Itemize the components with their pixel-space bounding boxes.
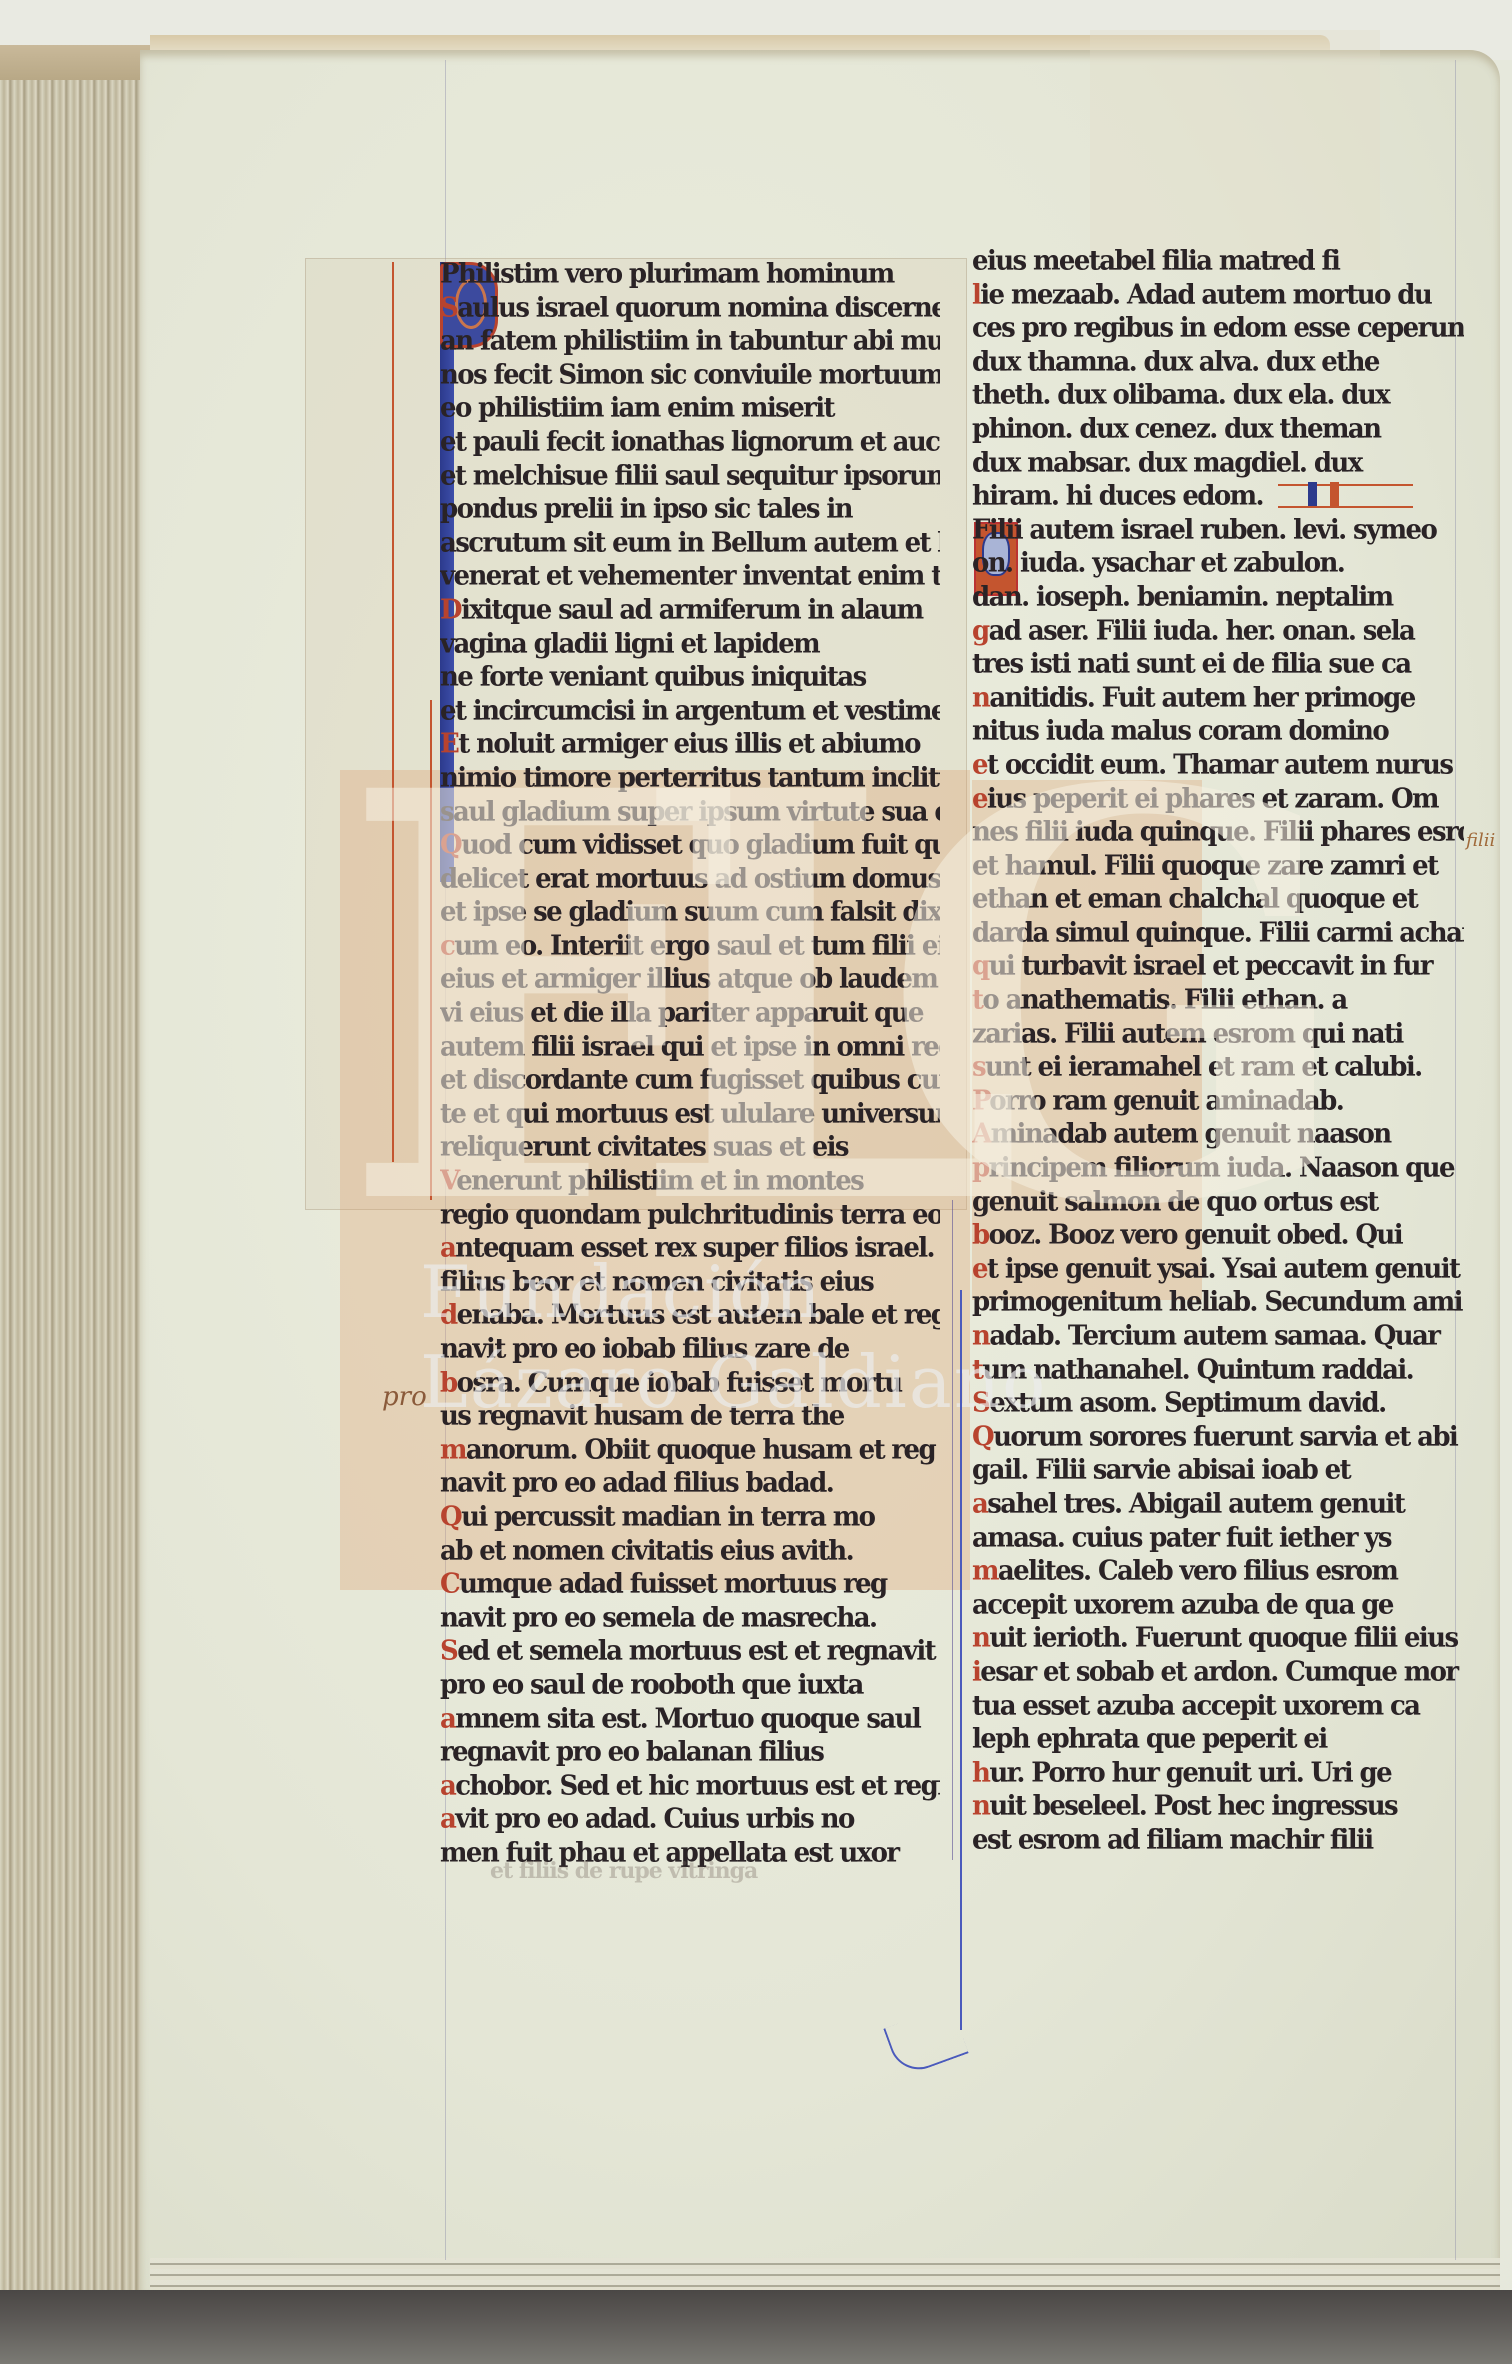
manuscript-line: lie mezaab. Adad autem mortuo du xyxy=(972,278,1464,313)
rubricated-initial: i xyxy=(972,1656,980,1688)
manuscript-line: nos fecit Simon sic conviuile mortuum xyxy=(440,358,940,393)
manuscript-line: ascrutum sit eum in Bellum autem et bell… xyxy=(440,526,940,561)
rubricated-initial: D xyxy=(440,594,461,626)
rubricated-initial: S xyxy=(440,292,457,324)
rubricated-initial: C xyxy=(440,1568,459,1600)
manuscript-line: regnavit pro eo balanan filius xyxy=(440,1735,940,1770)
manuscript-line: phinon. dux cenez. dux theman xyxy=(972,412,1464,447)
manuscript-line: an fatem philistiim in tabuntur abi mun xyxy=(440,324,940,359)
background-bottom xyxy=(0,2290,1512,2364)
manuscript-line: pondus prelii in ipso sic tales in xyxy=(440,492,940,527)
manuscript-line: Dixitque saul ad armiferum in alaum xyxy=(440,593,940,628)
rubricated-initial: a xyxy=(440,1804,455,1836)
manuscript-line: hiram. hi duces edom. xyxy=(972,479,1464,514)
manuscript-line: Cumque adad fuisset mortuus reg xyxy=(440,1567,940,1602)
rubricated-initial: a xyxy=(440,1703,455,1735)
manuscript-line: venerat et vehementer inventat enim temp… xyxy=(440,560,940,595)
manuscript-line: maelites. Caleb vero filius esrom xyxy=(972,1554,1464,1589)
manuscript-line: Quorum sorores fuerunt sarvia et abi xyxy=(972,1420,1464,1455)
rubricated-initial: m xyxy=(440,1434,466,1466)
manuscript-line: navit pro eo adad filius badad. xyxy=(440,1467,940,1502)
rubricated-initial: l xyxy=(972,279,980,311)
watermark-text-line2: Lázaro Galdiano xyxy=(420,1340,1047,1424)
manuscript-line: iesar et sobab et ardon. Cumque mor xyxy=(972,1655,1464,1690)
rubricated-initial: m xyxy=(972,1555,998,1587)
manuscript-line: nuit beseleel. Post hec ingressus xyxy=(972,1789,1464,1824)
faded-offset-text: et filiis de rupe vitringa xyxy=(490,1858,757,1884)
manuscript-line: theth. dux olibama. dux ela. dux xyxy=(972,379,1464,414)
watermark-text-line1: Fundación xyxy=(420,1250,823,1334)
manuscript-line: dux mabsar. dux magdiel. dux xyxy=(972,446,1464,481)
manuscript-line: achobor. Sed et hic mortuus est et regn xyxy=(440,1769,940,1804)
manuscript-line: Saulus israel quorum nomina discernen xyxy=(440,291,940,326)
manuscript-line: et melchisue filii saul sequitur ipsorum xyxy=(440,459,940,494)
blue-ink-stroke xyxy=(960,1290,962,2030)
manuscript-line: pro eo saul de rooboth que iuxta xyxy=(440,1668,940,1703)
manuscript-line: nuit ierioth. Fuerunt quoque filii eius xyxy=(972,1622,1464,1657)
manuscript-line: et pauli fecit ionathas lignorum et auct… xyxy=(440,425,940,460)
rubricated-initial: h xyxy=(972,1757,989,1789)
manuscript-line: on. iuda. ysachar et zabulon. xyxy=(972,547,1464,582)
manuscript-line: manorum. Obiit quoque husam et reg xyxy=(440,1433,940,1468)
manuscript-line: leph ephrata que peperit ei xyxy=(972,1722,1464,1757)
manuscript-line: Philistim vero plurimam hominum xyxy=(440,257,940,292)
rubricated-initial: S xyxy=(440,1636,457,1668)
manuscript-line: amnem sita est. Mortuo quoque saul xyxy=(440,1702,940,1737)
manuscript-line: navit pro eo semela de masrecha. xyxy=(440,1601,940,1636)
margin-note-pro: pro xyxy=(382,1382,427,1412)
manuscript-line: tua esset azuba accepit uxorem ca xyxy=(972,1689,1464,1724)
manuscript-line: Sed et semela mortuus est et regnavit xyxy=(440,1635,940,1670)
rubricated-initial: a xyxy=(972,1488,987,1520)
rubricated-initial: n xyxy=(972,1623,989,1655)
manuscript-line: est esrom ad filiam machir filii xyxy=(972,1823,1464,1858)
manuscript-line: dan. ioseph. beniamin. neptalim xyxy=(972,580,1464,615)
manuscript-line: gad aser. Filii iuda. her. onan. sela xyxy=(972,614,1464,649)
rubricated-initial: n xyxy=(972,1791,989,1823)
parchment-patch xyxy=(1090,30,1380,270)
manuscript-line: ab et nomen civitatis eius avith. xyxy=(440,1534,940,1569)
rubricated-initial: a xyxy=(440,1770,455,1802)
page-stack-bottom xyxy=(150,2258,1500,2294)
manuscript-line: vagina gladii ligni et lapidem xyxy=(440,627,940,662)
manuscript-line: Filii autem israel ruben. levi. symeo xyxy=(972,513,1464,548)
manuscript-line: eo philistiim iam enim miserit xyxy=(440,392,940,427)
manuscript-line: avit pro eo adad. Cuius urbis no xyxy=(440,1802,940,1837)
manuscript-line: amasa. cuius pater fuit iether ys xyxy=(972,1521,1464,1556)
manuscript-line: accepit uxorem azuba de qua ge xyxy=(972,1588,1464,1623)
rubricated-initial: Q xyxy=(440,1501,461,1533)
manuscript-line: dux thamna. dux alva. dux ethe xyxy=(972,345,1464,380)
manuscript-line: eius meetabel filia matred fi xyxy=(972,244,1464,279)
manuscript-line: Qui percussit madian in terra mo xyxy=(440,1500,940,1535)
watermark-letter-g: G xyxy=(880,720,1358,1280)
book-fore-edge xyxy=(0,45,150,2315)
manuscript-line: ces pro regibus in edom esse ceperunt. xyxy=(972,311,1464,346)
manuscript-line: asahel tres. Abigail autem genuit xyxy=(972,1487,1464,1522)
manuscript-line: gail. Filii sarvie abisai ioab et xyxy=(972,1454,1464,1489)
manuscript-line: hur. Porro hur genuit uri. Uri ge xyxy=(972,1756,1464,1791)
margin-note-filii: filii xyxy=(1466,830,1495,851)
rubricated-initial: g xyxy=(972,615,989,647)
rubricated-initial: Q xyxy=(972,1421,993,1453)
